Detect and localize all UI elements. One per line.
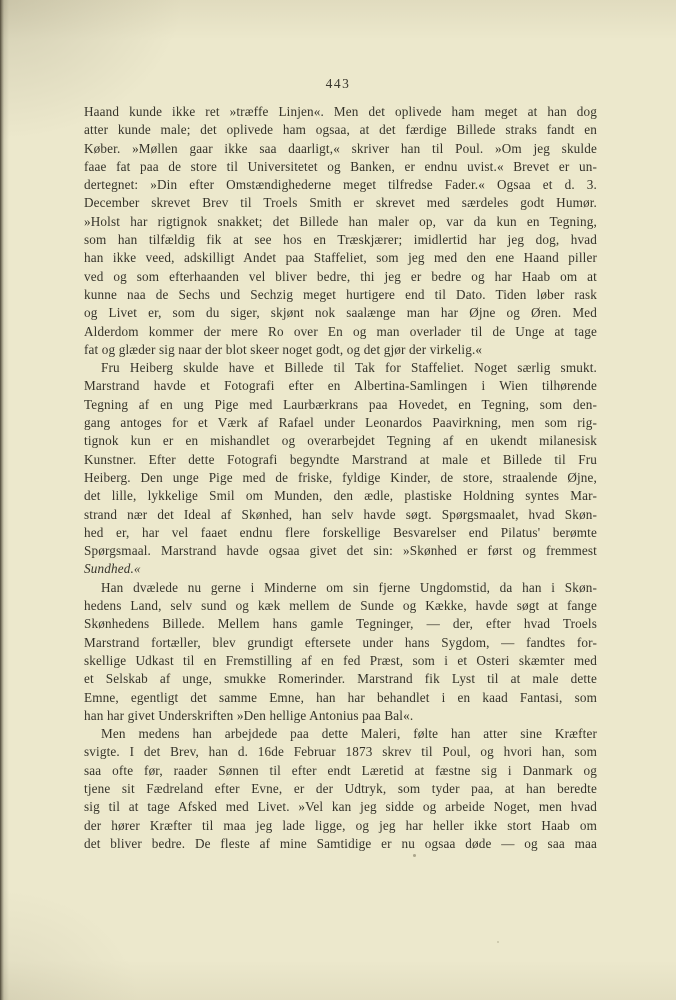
text-line: saa ofte før, raader Sønnen til efter en… xyxy=(84,762,597,780)
text-line: Marstrand fortæller, blev grundigt efter… xyxy=(84,634,597,652)
text-line: Spørgsmaal. Marstrand havde ogsaa givet … xyxy=(84,542,597,560)
text-line: Skønhedens Billede. Mellem hans gamle Te… xyxy=(84,615,597,633)
text-line: og Livet er, som du siger, skjønt nok sa… xyxy=(84,304,597,322)
text-line: faae fat paa de store til Universitetet … xyxy=(84,158,597,176)
text-line: Han dvælede nu gerne i Minderne om sin f… xyxy=(84,579,597,597)
text-line: »Holst har rigtignok snakket; det Billed… xyxy=(84,213,597,231)
text-line: Sundhed.« xyxy=(84,560,597,578)
text-line: Alderdom kommer der mere Ro over En og m… xyxy=(84,323,597,341)
text-line: fat og glæder sig naar der blot skeer no… xyxy=(84,341,597,359)
text-line: Heiberg. Den unge Pige med de friske, fy… xyxy=(84,469,597,487)
text-line: gang antoges for et Værk af Rafael under… xyxy=(84,414,597,432)
text-line: Kunstner. Efter dette Fotografi begyndte… xyxy=(84,451,597,469)
text-line: December skrevet Brev til Troels Smith e… xyxy=(84,194,597,212)
text-line: ved og som efterhaanden vel bliver bedre… xyxy=(84,268,597,286)
text-line: Emne, egentligt det samme Emne, han har … xyxy=(84,689,597,707)
text-line: kunne naa de Sechs und Sechzig meget hur… xyxy=(84,286,597,304)
text-line: sig til at tage Afsked med Livet. »Vel k… xyxy=(84,798,597,816)
text-line: hedens Land, selv sund og kæk mellem de … xyxy=(84,597,597,615)
text-line: Haand kunde ikke ret »træffe Linjen«. Me… xyxy=(84,103,597,121)
text-line: Marstrand havde et Fotografi efter en Al… xyxy=(84,377,597,395)
text-line: et Selskab af unge, smukke Romerinder. M… xyxy=(84,670,597,688)
body-text-block: Haand kunde ikke ret »træffe Linjen«. Me… xyxy=(84,103,597,853)
page-number: 443 xyxy=(0,76,676,92)
scan-speck xyxy=(413,854,416,857)
scan-speck xyxy=(497,941,499,943)
text-line: atter kunde male; det oplivede ham ogsaa… xyxy=(84,121,597,139)
text-line: skellige Udkast til en Fremstilling af e… xyxy=(84,652,597,670)
text-line: Tegning af en ung Pige med Laurbærkrans … xyxy=(84,396,597,414)
text-line: svigte. I det Brev, han d. 16de Februar … xyxy=(84,743,597,761)
text-line: strand nær det Ideal af Skønhed, han sel… xyxy=(84,506,597,524)
text-line: han ikke veed, adskilligt Andet paa Staf… xyxy=(84,249,597,267)
text-line: Fru Heiberg skulde have et Billede til T… xyxy=(84,359,597,377)
book-page: 443 Haand kunde ikke ret »træffe Linjen«… xyxy=(0,0,676,1000)
text-line: der hører Kræfter til maa jeg lade ligge… xyxy=(84,817,597,835)
text-line: tignok kun er en mishandlet og overarbej… xyxy=(84,432,597,450)
text-line: det bliver bedre. De fleste af mine Samt… xyxy=(84,835,597,853)
text-line: hed er, har vel faaet endnu flere forske… xyxy=(84,524,597,542)
text-line: dertegnet: »Din efter Omstændighederne m… xyxy=(84,176,597,194)
text-line: han har givet Underskriften »Den hellige… xyxy=(84,707,597,725)
text-line: tjene sit Fædreland efter Evne, er der U… xyxy=(84,780,597,798)
text-line: Men medens han arbejdede paa dette Maler… xyxy=(84,725,597,743)
text-line: Køber. »Møllen gaar ikke saa daarligt,« … xyxy=(84,140,597,158)
text-line: som han tilfældig fik at see hos en Træs… xyxy=(84,231,597,249)
text-line: det lille, lykkelige Smil om Munden, den… xyxy=(84,487,597,505)
